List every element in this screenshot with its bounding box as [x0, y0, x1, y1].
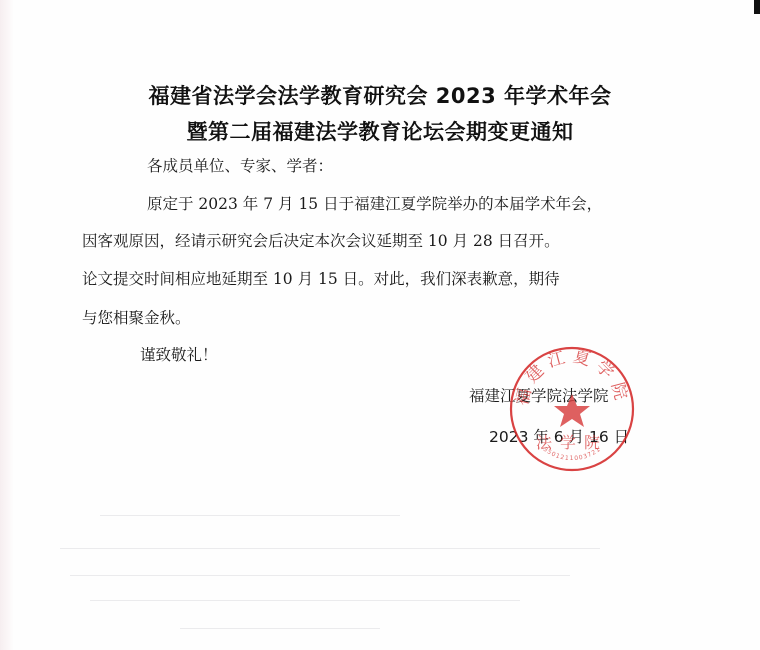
- body-paragraph-line: 与您相聚金秋。: [82, 306, 191, 328]
- signature-date: 2023 年 6 月 16 日: [489, 425, 629, 447]
- bleed-through-line: [180, 628, 380, 629]
- bleed-through-line: [70, 575, 570, 576]
- notice-title-line-2: 暨第二届福建法学教育论坛会期变更通知: [0, 116, 760, 146]
- salutation: 各成员单位、专家、学者：: [147, 154, 333, 176]
- body-paragraph-line: 论文提交时间相应地延期至 10 月 15 日。对此，我们深表歉意，期待: [82, 267, 560, 289]
- closing-remark: 谨致敬礼！: [140, 343, 218, 365]
- svg-text:3501211003721: 3501211003721: [542, 446, 603, 462]
- notice-title-line-1: 福建省法学会法学教育研究会 2023 年学术年会: [0, 80, 760, 110]
- bleed-through-line: [90, 600, 520, 601]
- bleed-through-line: [100, 515, 400, 516]
- bleed-through-line: [60, 548, 600, 549]
- scan-corner-mark: [754, 0, 760, 14]
- body-paragraph-line: 因客观原因，经请示研究会后决定本次会议延期至 10 月 28 日召开。: [82, 229, 560, 251]
- signer-organization: 福建江夏学院法学院: [469, 384, 609, 406]
- official-seal-icon: 福建江夏学院 法学院 3501211003721: [507, 344, 637, 474]
- body-paragraph-line: 原定于 2023 年 7 月 15 日于福建江夏学院举办的本届学术年会，: [147, 192, 602, 214]
- scanned-document-page: 福建省法学会法学教育研究会 2023 年学术年会 暨第二届福建法学教育论坛会期变…: [0, 0, 760, 650]
